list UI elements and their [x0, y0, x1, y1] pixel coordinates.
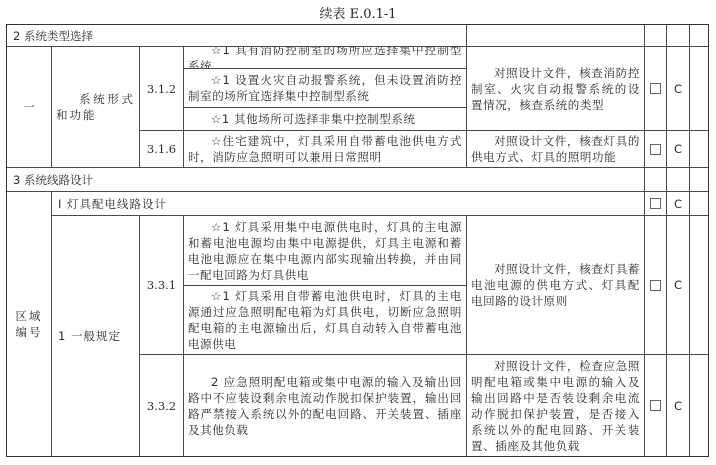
check-cell[interactable]	[645, 192, 667, 216]
requirement-item: ☆1 设置火灾自动报警系统，但未设置消防控制室的场所宜选择集中控制型系统	[184, 69, 467, 108]
checkbox[interactable]	[650, 83, 661, 94]
inspection-method: 对照设计文件，检查应急照明配电箱或集中电源的输入及输出回路中是否装设剩余电流动作…	[467, 355, 645, 456]
checkbox[interactable]	[650, 144, 661, 155]
requirement-item: ☆1 其他场所可选择非集中控制型系统	[184, 108, 467, 131]
check-cell[interactable]	[645, 47, 667, 131]
grade-cell: C	[667, 355, 690, 456]
inspection-method: 对照设计文件，核查灯具的供电方式、灯具的照明功能	[467, 131, 645, 168]
empty-cell	[690, 355, 708, 456]
clause-number: 3.1.2	[140, 47, 184, 131]
grade-cell: C	[667, 47, 690, 131]
empty-cell	[690, 192, 708, 216]
empty-cell	[690, 25, 708, 47]
clause-number: 3.3.2	[140, 355, 184, 456]
empty-cell	[667, 25, 690, 47]
area-cell: 区域编号	[7, 192, 52, 456]
empty-cell	[645, 168, 667, 192]
empty-cell	[467, 25, 645, 47]
requirement-item: ☆1 具有消防控制室的场所应选择集中控制型系统	[184, 47, 467, 69]
group-cell: 1 一般规定	[52, 216, 140, 456]
requirement-item: 2 应急照明配电箱或集中电源的输入及输出回路中不应装设剩余电流动作脱扣保护装置，…	[184, 355, 467, 456]
check-cell[interactable]	[645, 216, 667, 355]
checkbox[interactable]	[650, 400, 661, 411]
grade-cell: C	[667, 216, 690, 355]
empty-cell	[667, 168, 690, 192]
inspection-method: 对照设计文件，核查消防控制室、火灾自动报警系统的设置情况，核查系统的类型	[467, 47, 645, 131]
requirement-item: ☆1 灯具采用集中电源供电时，灯具的主电源和蓄电池电源均由集中电源提供，灯具主电…	[184, 216, 467, 286]
checkbox[interactable]	[650, 198, 661, 209]
requirement-item: ☆住宅建筑中，灯具采用自带蓄电池供电方式时，消防应急照明可以兼用日常照明	[184, 131, 467, 168]
empty-cell	[690, 216, 708, 355]
grade-cell: C	[667, 131, 690, 168]
clause-number: 3.1.6	[140, 131, 184, 168]
subsection-heading: Ⅰ 灯具配电线路设计	[52, 192, 645, 216]
grade-cell: C	[667, 192, 690, 216]
requirement-item: ☆1 灯具采用自带蓄电池供电时，灯具的主电源通过应急照明配电箱为灯具供电，切断应…	[184, 286, 467, 355]
section-heading: 2 系统类型选择	[7, 25, 467, 47]
empty-cell	[645, 25, 667, 47]
empty-cell	[690, 131, 708, 168]
clause-number: 3.3.1	[140, 216, 184, 355]
inspection-table: 2 系统类型选择 一 系统形式和功能 3.1.2 ☆1 具有消防控制室的场所应选…	[6, 24, 709, 457]
inspection-method: 对照设计文件，核查灯具蓄电池电源的供电方式、灯具配电回路的设计原则	[467, 216, 645, 355]
check-cell[interactable]	[645, 131, 667, 168]
group-cell: 系统形式和功能	[52, 47, 140, 168]
checkbox[interactable]	[650, 280, 661, 291]
group-label: 系统形式和功能	[56, 91, 135, 123]
section-heading: 3 系统线路设计	[7, 168, 645, 192]
page-title: 续表 E.0.1-1	[0, 3, 716, 22]
check-cell[interactable]	[645, 355, 667, 456]
area-cell: 一	[7, 47, 52, 168]
empty-cell	[690, 47, 708, 131]
empty-cell	[690, 168, 708, 192]
